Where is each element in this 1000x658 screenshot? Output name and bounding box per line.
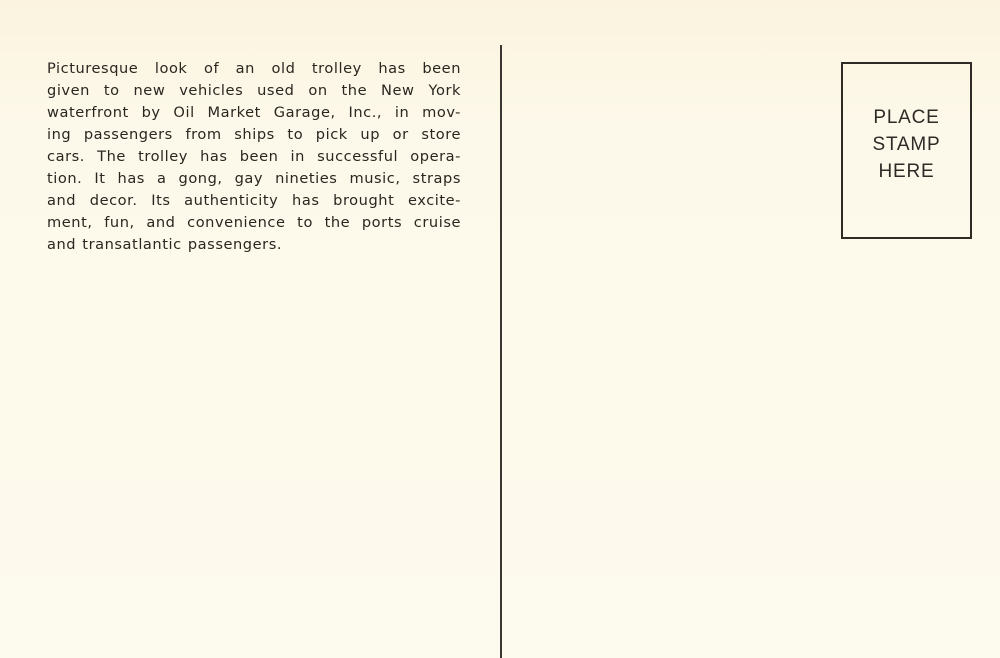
caption-line: given to new vehicles used on the New Yo… (47, 80, 461, 102)
stamp-label-line: PLACE (843, 104, 970, 131)
caption-line: and decor. Its authenticity has brought … (47, 190, 461, 212)
center-divider-line (500, 45, 502, 658)
stamp-box: PLACE STAMP HERE (841, 62, 972, 239)
caption-line: tion. It has a gong, gay nineties music,… (47, 168, 461, 190)
caption-line: cars. The trolley has been in successful… (47, 146, 461, 168)
postcard-caption: Picturesque look of an old trolley has b… (47, 58, 461, 256)
caption-line: ing passengers from ships to pick up or … (47, 124, 461, 146)
stamp-label-line: HERE (843, 158, 970, 185)
caption-line: waterfront by Oil Market Garage, Inc., i… (47, 102, 461, 124)
caption-line: Picturesque look of an old trolley has b… (47, 58, 461, 80)
stamp-box-label: PLACE STAMP HERE (843, 104, 970, 185)
stamp-label-line: STAMP (843, 131, 970, 158)
postcard-back: Picturesque look of an old trolley has b… (0, 0, 1000, 658)
caption-line: and transatlantic passengers. (47, 234, 461, 256)
caption-line: ment, fun, and convenience to the ports … (47, 212, 461, 234)
